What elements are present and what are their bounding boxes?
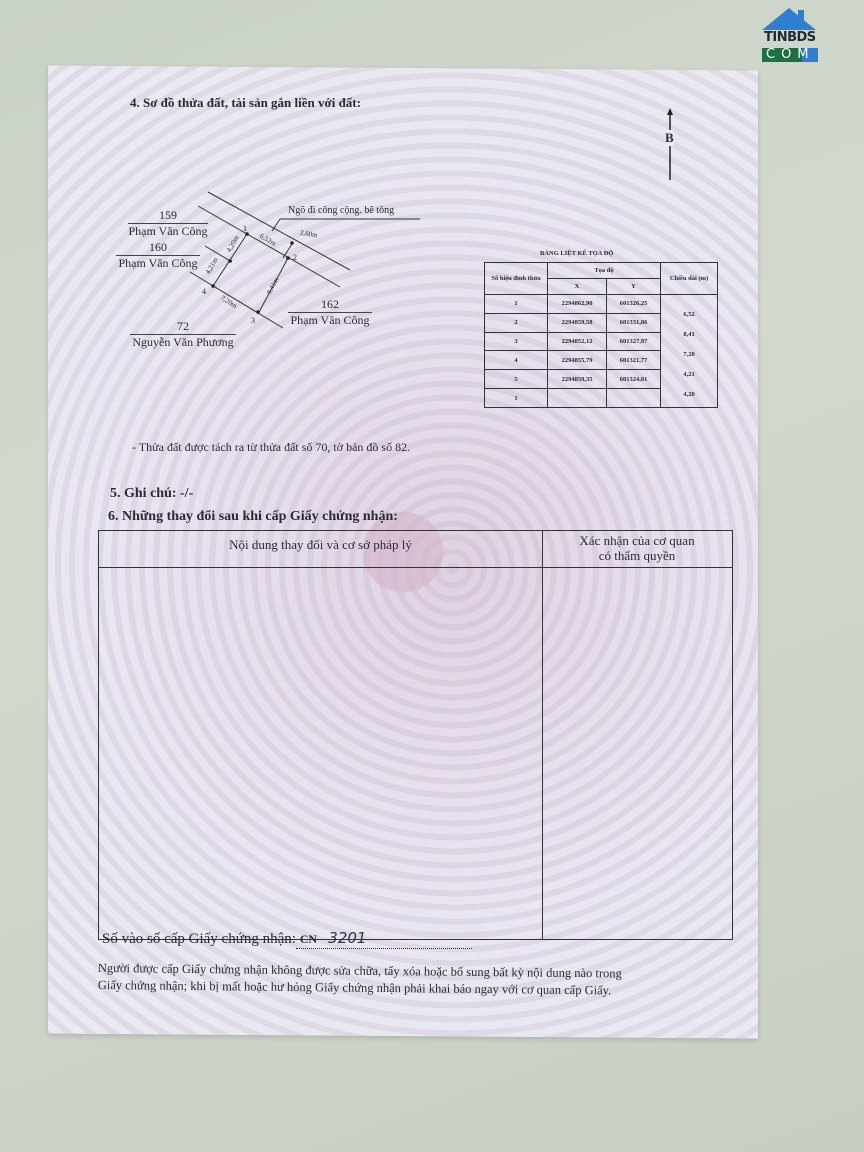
length-value: 7,20 — [664, 345, 714, 365]
vertex-3: 3 — [251, 316, 255, 325]
length-value: 4,21 — [664, 365, 714, 385]
coord-cell-y — [607, 389, 661, 408]
header-point: Số hiệu đỉnh thửa — [485, 263, 548, 295]
vertex-1: 1 — [243, 224, 247, 233]
coord-cell-x: 2294859,35 — [548, 370, 607, 389]
coord-cell-point: 1 — [485, 295, 548, 314]
coord-cell-point: 2 — [485, 313, 548, 332]
registry-prefix: CN — [300, 932, 317, 946]
neighbor-72: 72 Nguyễn Văn Phương — [130, 319, 236, 350]
coord-row: 12294862,90601326,256,528,417,204,214,20 — [485, 295, 718, 314]
coord-cell-x — [548, 389, 607, 408]
coord-cell-point: 4 — [485, 351, 548, 370]
road-label: Ngõ đi công cộng. bê tông — [288, 205, 394, 216]
registry-line: Số vào số cấp Giấy chứng nhận: CN 3201 — [102, 929, 472, 949]
vertex-2: 2 — [293, 253, 297, 262]
warning-text: Người được cấp Giấy chứng nhận không đượ… — [98, 960, 718, 1000]
coord-cell-y: 601327,97 — [607, 332, 661, 351]
coord-cell-y: 601326,25 — [607, 295, 661, 314]
coord-cell-point: 1 — [485, 389, 548, 408]
coord-cell-x: 2294852,12 — [548, 332, 607, 351]
header-coord: Tọa độ — [548, 263, 661, 279]
coord-cell-x: 2294859,58 — [548, 313, 607, 332]
changes-table: Nội dung thay đổi và cơ sở pháp lý Xác n… — [98, 530, 733, 940]
length-value: 6,52 — [664, 305, 714, 325]
neighbor-162: 162 Phạm Văn Công — [288, 297, 372, 328]
section6-title: 6. Những thay đổi sau khi cấp Giấy chứng… — [108, 509, 398, 525]
header-y: Y — [607, 279, 661, 295]
section5-title: 5. Ghi chú: -/- — [110, 486, 193, 502]
coord-cell-x: 2294862,90 — [548, 295, 607, 314]
coord-table-title: BẢNG LIỆT KÊ TỌA ĐỘ — [540, 250, 613, 257]
registry-label: Số vào số cấp Giấy chứng nhận: — [102, 931, 296, 947]
header-length: Chiều dài (m) — [661, 263, 718, 295]
registry-number: 3201 — [328, 929, 366, 947]
header-divider — [99, 567, 732, 568]
parcel-note: - Thửa đất được tách ra từ thửa đất số 7… — [132, 440, 410, 455]
coord-cell-y: 601331,86 — [607, 313, 661, 332]
coord-cell-x: 2294855,79 — [548, 351, 607, 370]
header-x: X — [548, 279, 607, 295]
coord-cell-y: 601324,01 — [607, 370, 661, 389]
changes-content-header: Nội dung thay đổi và cơ sở pháp lý — [99, 537, 542, 553]
length-value: 4,20 — [664, 385, 714, 405]
column-divider — [542, 531, 543, 939]
coord-table: Số hiệu đỉnh thửa Tọa độ Chiều dài (m) X… — [484, 262, 718, 408]
coord-cell-point: 3 — [485, 332, 548, 351]
authority-confirmation-header: Xác nhận của cơ quan có thẩm quyền — [542, 533, 732, 563]
lengths-cell: 6,528,417,204,214,20 — [661, 295, 718, 408]
coord-cell-y: 601321,77 — [607, 351, 661, 370]
neighbor-159: 159 Phạm Văn Công — [128, 208, 208, 239]
vertex-4: 4 — [202, 287, 206, 296]
neighbor-160: 160 Phạm Văn Công — [116, 240, 200, 271]
coord-cell-point: 5 — [485, 370, 548, 389]
length-value: 8,41 — [664, 325, 714, 345]
